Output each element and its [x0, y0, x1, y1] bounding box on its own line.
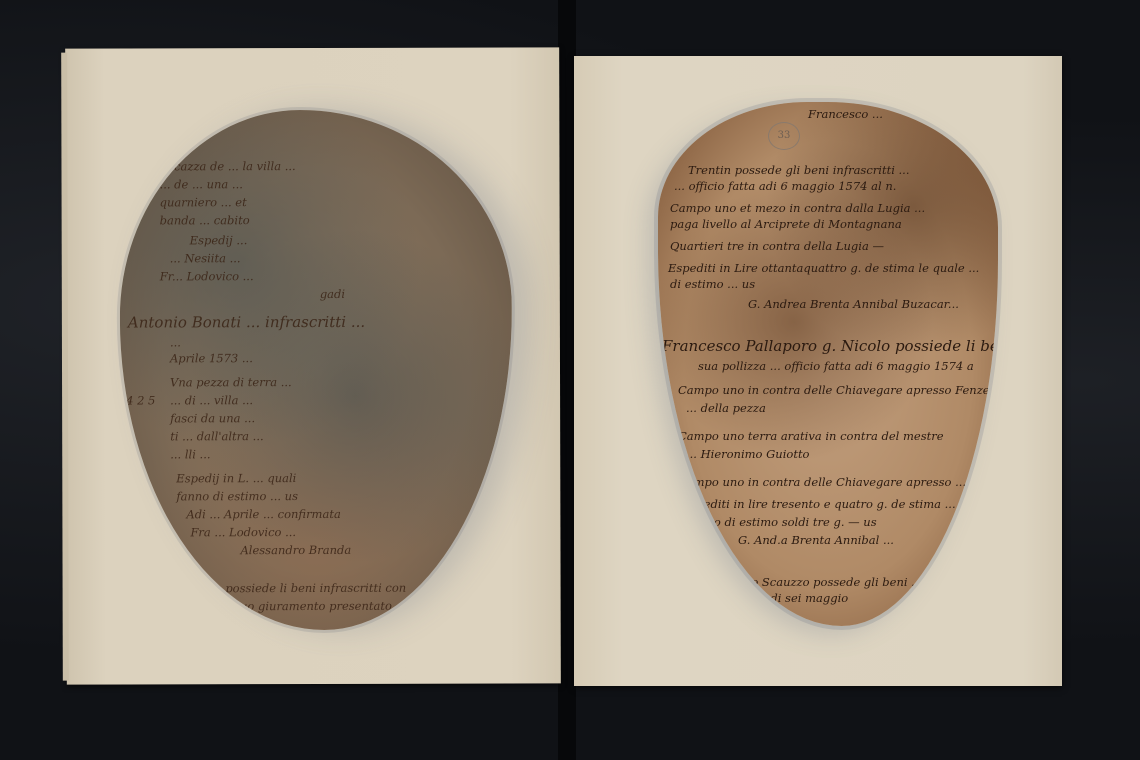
manuscript-line: fanno di estimo soldi tre g. — us — [688, 516, 877, 529]
manuscript-line: banda ... cabito — [160, 214, 250, 227]
manuscript-heading: Francesco Scauzzo possede gli beni ... — [698, 576, 922, 589]
right-burned-fragment: Francesco ... 33 Trentin possede gli ben… — [658, 102, 998, 626]
manuscript-line: Aprile 1573 ... — [170, 352, 253, 365]
manuscript-line: sua pollizza ... officio fatta adi 6 mag… — [698, 360, 974, 373]
manuscript-line: ... officio fatta adi 6 maggio 1574 al n… — [674, 180, 896, 193]
manuscript-line: ... cazza de ... la villa ... — [159, 160, 295, 173]
manuscript-heading: Andrea Bonato possiede li beni infrascri… — [135, 582, 407, 596]
manuscript-line: ... fatta adi sei maggio — [718, 592, 848, 605]
manuscript-line: Trentin possede gli beni infrascritti ..… — [688, 164, 910, 177]
manuscript-line: Adi ... Aprile ... confirmata — [186, 508, 340, 521]
manuscript-line: Espediti in Lire ottantaquattro g. de st… — [668, 262, 979, 275]
signature: G. Andrea Brenta Annibal Buzacar... — [748, 298, 959, 311]
right-mount-sheet: Francesco ... 33 Trentin possede gli ben… — [574, 56, 1062, 686]
manuscript-line: Campo uno in contra delle Chiavegare apr… — [678, 384, 998, 397]
manuscript-line: Espediti in lire tresento e quatro g. de… — [682, 498, 956, 511]
signature: G. And.a Brenta Annibal ... — [738, 534, 894, 547]
manuscript-line: di estimo ... us — [670, 278, 755, 291]
manuscript-line: ... Nesiita ... — [170, 252, 241, 265]
manuscript-line: Vna pezza di terra ... — [170, 376, 292, 389]
manuscript-line: Campo uno in contra delle Chiavegare apr… — [678, 476, 966, 489]
manuscript-line: Espedij ... — [190, 234, 248, 247]
manuscript-line: Fr... Lodovico ... — [160, 270, 254, 283]
manuscript-line: ... Hieronimo Guiotto — [686, 448, 810, 461]
signature: Alessandro Branda — [240, 544, 351, 557]
manuscript-line: fasci da una ... — [170, 412, 255, 425]
margin-note: 4 2 5 — [126, 394, 155, 407]
manuscript-heading: Francesco Pallaporo g. Nicolo possiede l… — [662, 340, 998, 353]
manuscript-line: paga livello al Arciprete di Montagnana — [670, 218, 902, 231]
manuscript-line: Francesco ... — [808, 108, 883, 121]
manuscript-line: ti ... dall'altra ... — [170, 430, 263, 443]
manuscript-heading: Antonio Bonati ... infrascritti ... — [128, 316, 365, 330]
manuscript-line: ... — [170, 336, 181, 349]
manuscript-line: Quartieri tre in contra della Lugia — — [670, 240, 884, 253]
manuscript-line: Fra ... Lodovico ... — [190, 526, 296, 539]
left-mount-sheet: ... cazza de ... la villa ... ... de ...… — [65, 47, 561, 684]
manuscript-line: Campo uno terra arativa in contra del me… — [678, 430, 944, 443]
manuscript-line: quarniero ... et — [160, 196, 247, 209]
manuscript-line: ... lui con suo giuramento presentato — [177, 600, 392, 614]
manuscript-line: ... di ... villa ... — [170, 394, 253, 407]
manuscript-line: gadi — [320, 288, 345, 301]
left-burned-fragment: ... cazza de ... la villa ... ... de ...… — [119, 109, 512, 630]
manuscript-line: ... della pezza — [686, 402, 766, 415]
manuscript-line: Campo uno et mezo in contra dalla Lugia … — [670, 202, 925, 215]
manuscript-line: ... de ... una ... — [160, 178, 243, 191]
manuscript-line: fanno di estimo ... us — [176, 490, 298, 503]
manuscript-line: ... lli ... — [170, 448, 210, 461]
manuscript-line: Espedij in L. ... quali — [176, 472, 296, 485]
archive-number-stamp: 33 — [768, 122, 800, 150]
